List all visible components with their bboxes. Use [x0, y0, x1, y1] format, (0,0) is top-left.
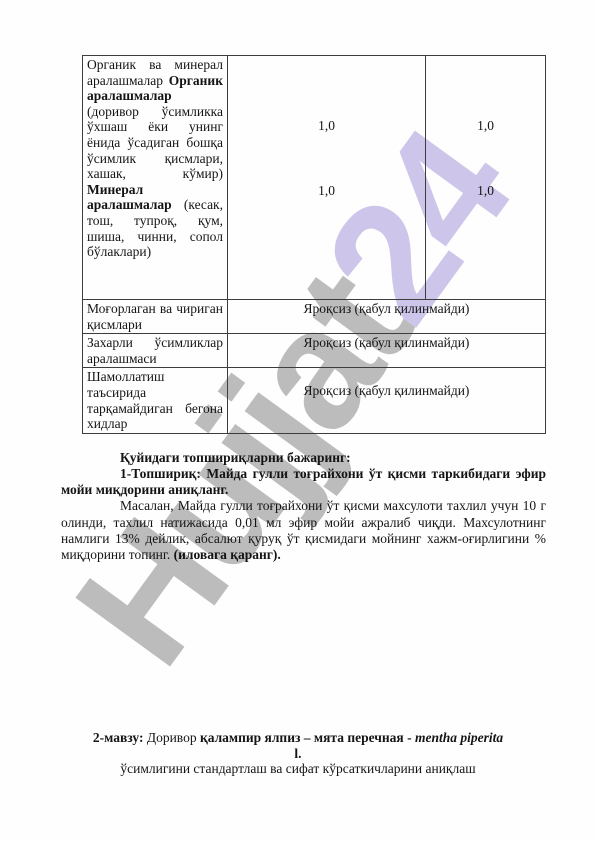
- topic2-heading-block: 2-мавзу: Доривор қалампир ялпиз – мята п…: [42, 730, 554, 777]
- admixture-desc-plain-2: (доривор ўсимликка ўхшаш ёки унинг ёнида…: [87, 104, 223, 181]
- cell-poisonous-plants-verdict: Яроқсиз (қабул қилинмайди): [228, 334, 546, 368]
- cell-moldy-parts-verdict: Яроқсиз (қабул қилинмайди): [228, 300, 546, 334]
- example-paragraph: Масалан, Майда гулли тоғрайхони ўт қисми…: [61, 498, 546, 563]
- cell-poisonous-plants-label: Захарли ўсимликлар аралашмаси: [83, 334, 228, 368]
- cell-norm-column-2: 1,0 1,0: [228, 56, 426, 300]
- table-row-poisonous-plants: Захарли ўсимликлар аралашмаси Яроқсиз (қ…: [83, 334, 546, 368]
- page-content: Органик ва минерал аралашмалар Органик а…: [0, 55, 596, 777]
- admixture-desc-bold-mineral: Минерал аралашмалар: [87, 182, 184, 213]
- vertical-spacer: [0, 563, 596, 728]
- topic2-label: 2-мавзу:: [93, 730, 147, 745]
- impurities-standards-table: Органик ва минерал аралашмалар Органик а…: [82, 55, 546, 434]
- task1-label: 1-Топшириқ:: [120, 466, 206, 481]
- topic2-latin-name: mentha piperita: [415, 730, 503, 745]
- topic2-latin-authority: l.: [294, 746, 301, 761]
- topic2-plain-text: Доривор: [147, 730, 200, 745]
- tasks-section: Қуйидаги топшириқларни бажаринг: 1-Топши…: [61, 450, 546, 563]
- cell-foreign-odors-label: Шамоллатиш таъсирида тарқамайдиган бегон…: [83, 368, 228, 433]
- cell-moldy-parts-label: Моғорлаган ва чириган қисмлари: [83, 300, 228, 334]
- example-text: Масалан, Майда гулли тоғрайхони ўт қисми…: [61, 498, 546, 562]
- cell-foreign-odors-verdict: Яроқсиз (қабул қилинмайди): [228, 368, 546, 433]
- table-row-foreign-odors: Шамоллатиш таъсирида тарқамайдиган бегон…: [83, 368, 546, 433]
- norm-value: 1,0: [228, 118, 425, 134]
- norm-value: 1,0: [228, 183, 425, 199]
- topic2-title-line: 2-мавзу: Доривор қалампир ялпиз – мята п…: [42, 730, 554, 761]
- table-row-admixtures: Органик ва минерал аралашмалар Органик а…: [83, 56, 546, 300]
- cell-admixture-description: Органик ва минерал аралашмалар Органик а…: [83, 56, 228, 300]
- tasks-heading: Қуйидаги топшириқларни бажаринг:: [61, 450, 546, 466]
- norm-value: 1,0: [426, 118, 545, 134]
- topic2-bold-text: қалампир ялпиз – мята перечная -: [200, 730, 415, 745]
- norm-value: 1,0: [426, 183, 545, 199]
- task1-paragraph: 1-Топшириқ: Майда гулли тоғрайхони ўт қи…: [61, 466, 546, 498]
- table-row-moldy-parts: Моғорлаган ва чириган қисмлари Яроқсиз (…: [83, 300, 546, 334]
- cell-norm-column-3: 1,0 1,0: [426, 56, 546, 300]
- example-bold-note: (иловага қаранг).: [174, 547, 281, 562]
- document-page: Hujjat24 Органик ва минерал аралашмалар …: [0, 0, 596, 842]
- topic2-subtitle: ўсимлигини стандартлаш ва сифат кўрсатки…: [42, 761, 554, 777]
